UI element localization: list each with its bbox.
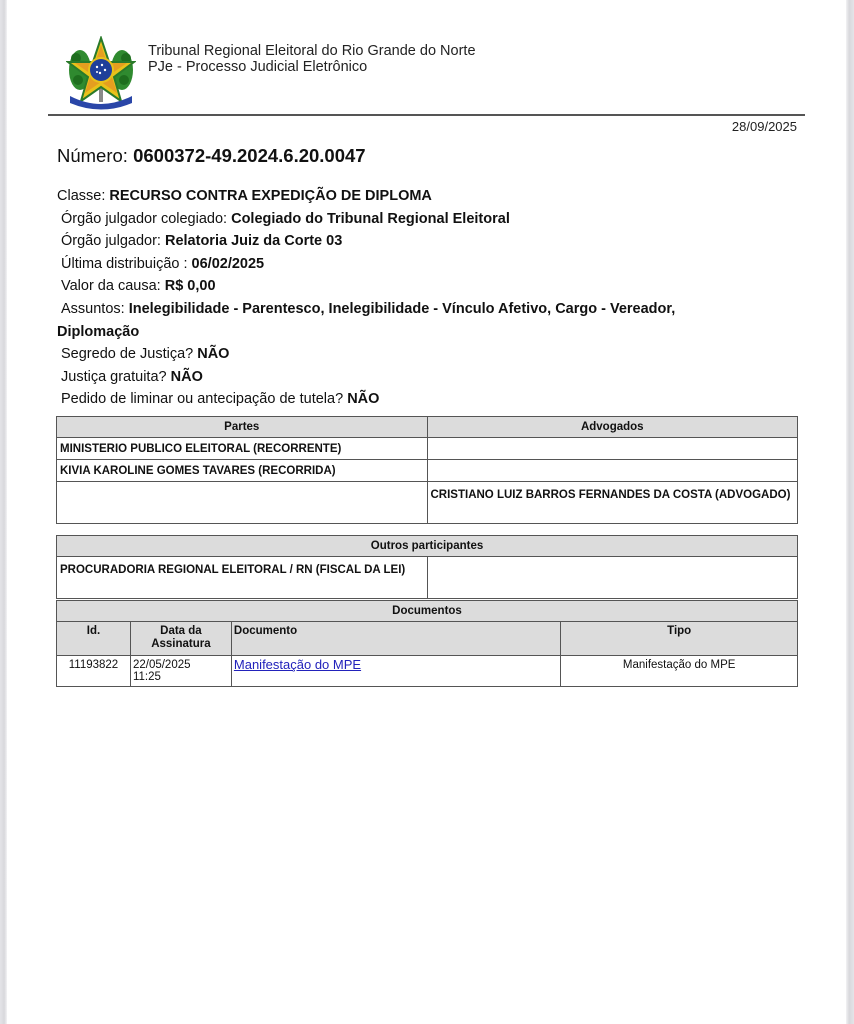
field-value: 06/02/2025 [192, 256, 265, 272]
court-name: Tribunal Regional Eleitoral do Rio Grand… [148, 43, 476, 59]
field-pedido-liminar: Pedido de liminar ou antecipação de tute… [57, 388, 757, 411]
document-link[interactable]: Manifestação do MPE [234, 657, 361, 672]
outros-participantes-table: Outros participantes PROCURADORIA REGION… [56, 535, 798, 599]
field-value: R$ 0,00 [165, 278, 216, 294]
column-header-advogados: Advogados [427, 417, 798, 438]
advogado-cell [427, 438, 798, 460]
field-label: Classe: [57, 188, 105, 204]
table-header-row: Partes Advogados [57, 417, 798, 438]
field-value: RECURSO CONTRA EXPEDIÇÃO DE DIPLOMA [109, 188, 432, 204]
table-row: CRISTIANO LUIZ BARROS FERNANDES DA COSTA… [57, 482, 798, 524]
document-type-cell: Manifestação do MPE [561, 656, 798, 687]
partes-table: Partes Advogados MINISTERIO PUBLICO ELEI… [56, 416, 798, 524]
column-header-tipo: Tipo [561, 622, 798, 656]
parte-cell: KIVIA KAROLINE GOMES TAVARES (RECORRIDA) [57, 460, 428, 482]
documentos-header: Documentos [57, 601, 798, 622]
process-number-label: Número: [57, 145, 128, 166]
field-ultima-distribuicao: Última distribuição : 06/02/2025 [57, 253, 757, 276]
field-value: Relatoria Juiz da Corte 03 [165, 233, 342, 249]
field-assuntos-cont: Diplomação [57, 321, 757, 344]
system-name: PJe - Processo Judicial Eletrônico [148, 59, 476, 75]
generated-date: 28/09/2025 [732, 119, 797, 134]
page-edge-right [846, 0, 854, 1024]
participante-extra-cell [427, 557, 797, 599]
document-cell: Manifestação do MPE [231, 656, 560, 687]
field-orgao-julgador: Órgão julgador: Relatoria Juiz da Corte … [57, 230, 757, 253]
document-date: 22/05/2025 11:25 [133, 659, 203, 683]
field-valor-causa: Valor da causa: R$ 0,00 [57, 275, 757, 298]
table-header-row: Outros participantes [57, 536, 798, 557]
table-row: MINISTERIO PUBLICO ELEITORAL (RECORRENTE… [57, 438, 798, 460]
field-label: Assuntos: [61, 301, 125, 317]
column-header-id: Id. [57, 622, 131, 656]
column-header-data-assinatura: Data da Assinatura [130, 622, 231, 656]
document-id-cell: 11193822 [57, 656, 131, 687]
parte-cell: MINISTERIO PUBLICO ELEITORAL (RECORRENTE… [57, 438, 428, 460]
documentos-table: Documentos Id. Data da Assinatura Docume… [56, 600, 798, 687]
table-row: KIVIA KAROLINE GOMES TAVARES (RECORRIDA) [57, 460, 798, 482]
field-segredo-justica: Segredo de Justiça? NÃO [57, 343, 757, 366]
field-label: Órgão julgador: [61, 233, 161, 249]
field-value: NÃO [197, 346, 229, 362]
table-row: PROCURADORIA REGIONAL ELEITORAL / RN (FI… [57, 557, 798, 599]
column-header-documento: Documento [231, 622, 560, 656]
field-label: Segredo de Justiça? [61, 346, 193, 362]
field-label: Órgão julgador colegiado: [61, 211, 227, 227]
process-number-value: 0600372-49.2024.6.20.0047 [133, 145, 366, 166]
field-assuntos: Assuntos: Inelegibilidade - Parentesco, … [57, 298, 757, 321]
field-label: Pedido de liminar ou antecipação de tute… [61, 391, 343, 407]
field-label: Valor da causa: [61, 278, 161, 294]
field-value: Colegiado do Tribunal Regional Eleitoral [231, 211, 510, 227]
outros-participantes-header: Outros participantes [57, 536, 798, 557]
field-label: Justiça gratuita? [61, 369, 167, 385]
field-label: Última distribuição : [61, 256, 188, 272]
parte-cell [57, 482, 428, 524]
field-value: NÃO [171, 369, 203, 385]
table-header-row: Documentos [57, 601, 798, 622]
field-value: NÃO [347, 391, 379, 407]
advogado-cell: CRISTIANO LUIZ BARROS FERNANDES DA COSTA… [427, 482, 798, 524]
table-row: 11193822 22/05/2025 11:25 Manifestação d… [57, 656, 798, 687]
page-edge-left [0, 0, 7, 1024]
table-column-header-row: Id. Data da Assinatura Documento Tipo [57, 622, 798, 656]
field-value: Diplomação [57, 324, 139, 340]
field-classe: Classe: RECURSO CONTRA EXPEDIÇÃO DE DIPL… [57, 185, 757, 208]
process-details: Classe: RECURSO CONTRA EXPEDIÇÃO DE DIPL… [57, 185, 757, 411]
header-divider [48, 114, 805, 116]
participante-cell: PROCURADORIA REGIONAL ELEITORAL / RN (FI… [57, 557, 428, 599]
advogado-cell [427, 460, 798, 482]
field-justica-gratuita: Justiça gratuita? NÃO [57, 366, 757, 389]
field-orgao-colegiado: Órgão julgador colegiado: Colegiado do T… [57, 208, 757, 231]
column-header-partes: Partes [57, 417, 428, 438]
field-value: Inelegibilidade - Parentesco, Inelegibil… [129, 301, 676, 317]
process-number: Número: 0600372-49.2024.6.20.0047 [57, 145, 366, 167]
brazil-coat-of-arms-icon [66, 36, 136, 110]
document-header: Tribunal Regional Eleitoral do Rio Grand… [148, 43, 476, 75]
document-date-cell: 22/05/2025 11:25 [130, 656, 231, 687]
